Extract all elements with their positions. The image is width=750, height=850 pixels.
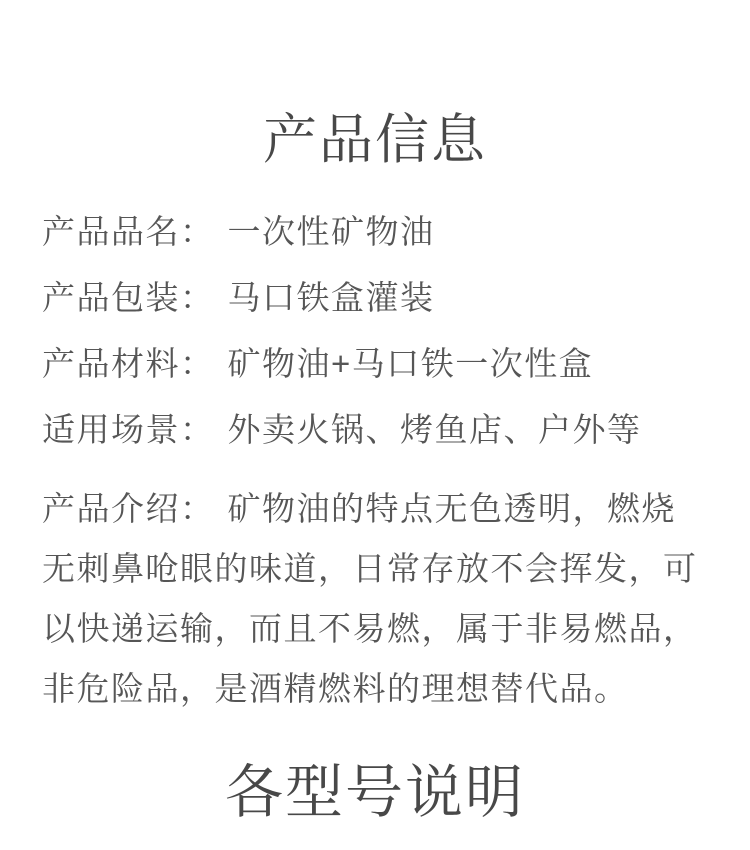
intro-label: 产品介绍 <box>42 490 180 527</box>
attribute-colon: ： <box>180 411 215 448</box>
attribute-label: 产品包装 <box>42 279 180 316</box>
attribute-colon: ： <box>180 345 215 382</box>
attribute-label: 适用场景 <box>42 411 180 448</box>
product-attribute-row: 产品品名：一次性矿物油 <box>42 215 708 248</box>
intro-colon: ： <box>180 490 215 527</box>
attribute-value: 一次性矿物油 <box>228 213 435 250</box>
attribute-label: 产品品名 <box>42 213 180 250</box>
attribute-value: 外卖火锅、烤鱼店、户外等 <box>228 411 642 448</box>
attribute-value: 马口铁盒灌装 <box>228 279 435 316</box>
product-attribute-row: 产品材料：矿物油+马口铁一次性盒 <box>42 347 708 380</box>
product-attribute-row: 产品包装：马口铁盒灌装 <box>42 281 708 314</box>
product-description-page: 产品信息 产品品名：一次性矿物油 产品包装：马口铁盒灌装 产品材料：矿物油+马口… <box>0 0 750 850</box>
attribute-colon: ： <box>180 213 215 250</box>
attribute-colon: ： <box>180 279 215 316</box>
product-intro-paragraph: 产品介绍：矿物油的特点无色透明，燃烧无刺鼻呛眼的味道，日常存放不会挥发，可以快递… <box>42 479 708 719</box>
attribute-label: 产品材料 <box>42 345 180 382</box>
attribute-value: 矿物油+马口铁一次性盒 <box>228 345 594 382</box>
section-title-models: 各型号说明 <box>42 763 708 823</box>
product-attribute-list: 产品品名：一次性矿物油 产品包装：马口铁盒灌装 产品材料：矿物油+马口铁一次性盒… <box>42 215 708 446</box>
section-title-product-info: 产品信息 <box>42 0 708 168</box>
product-attribute-row: 适用场景：外卖火锅、烤鱼店、户外等 <box>42 413 708 446</box>
